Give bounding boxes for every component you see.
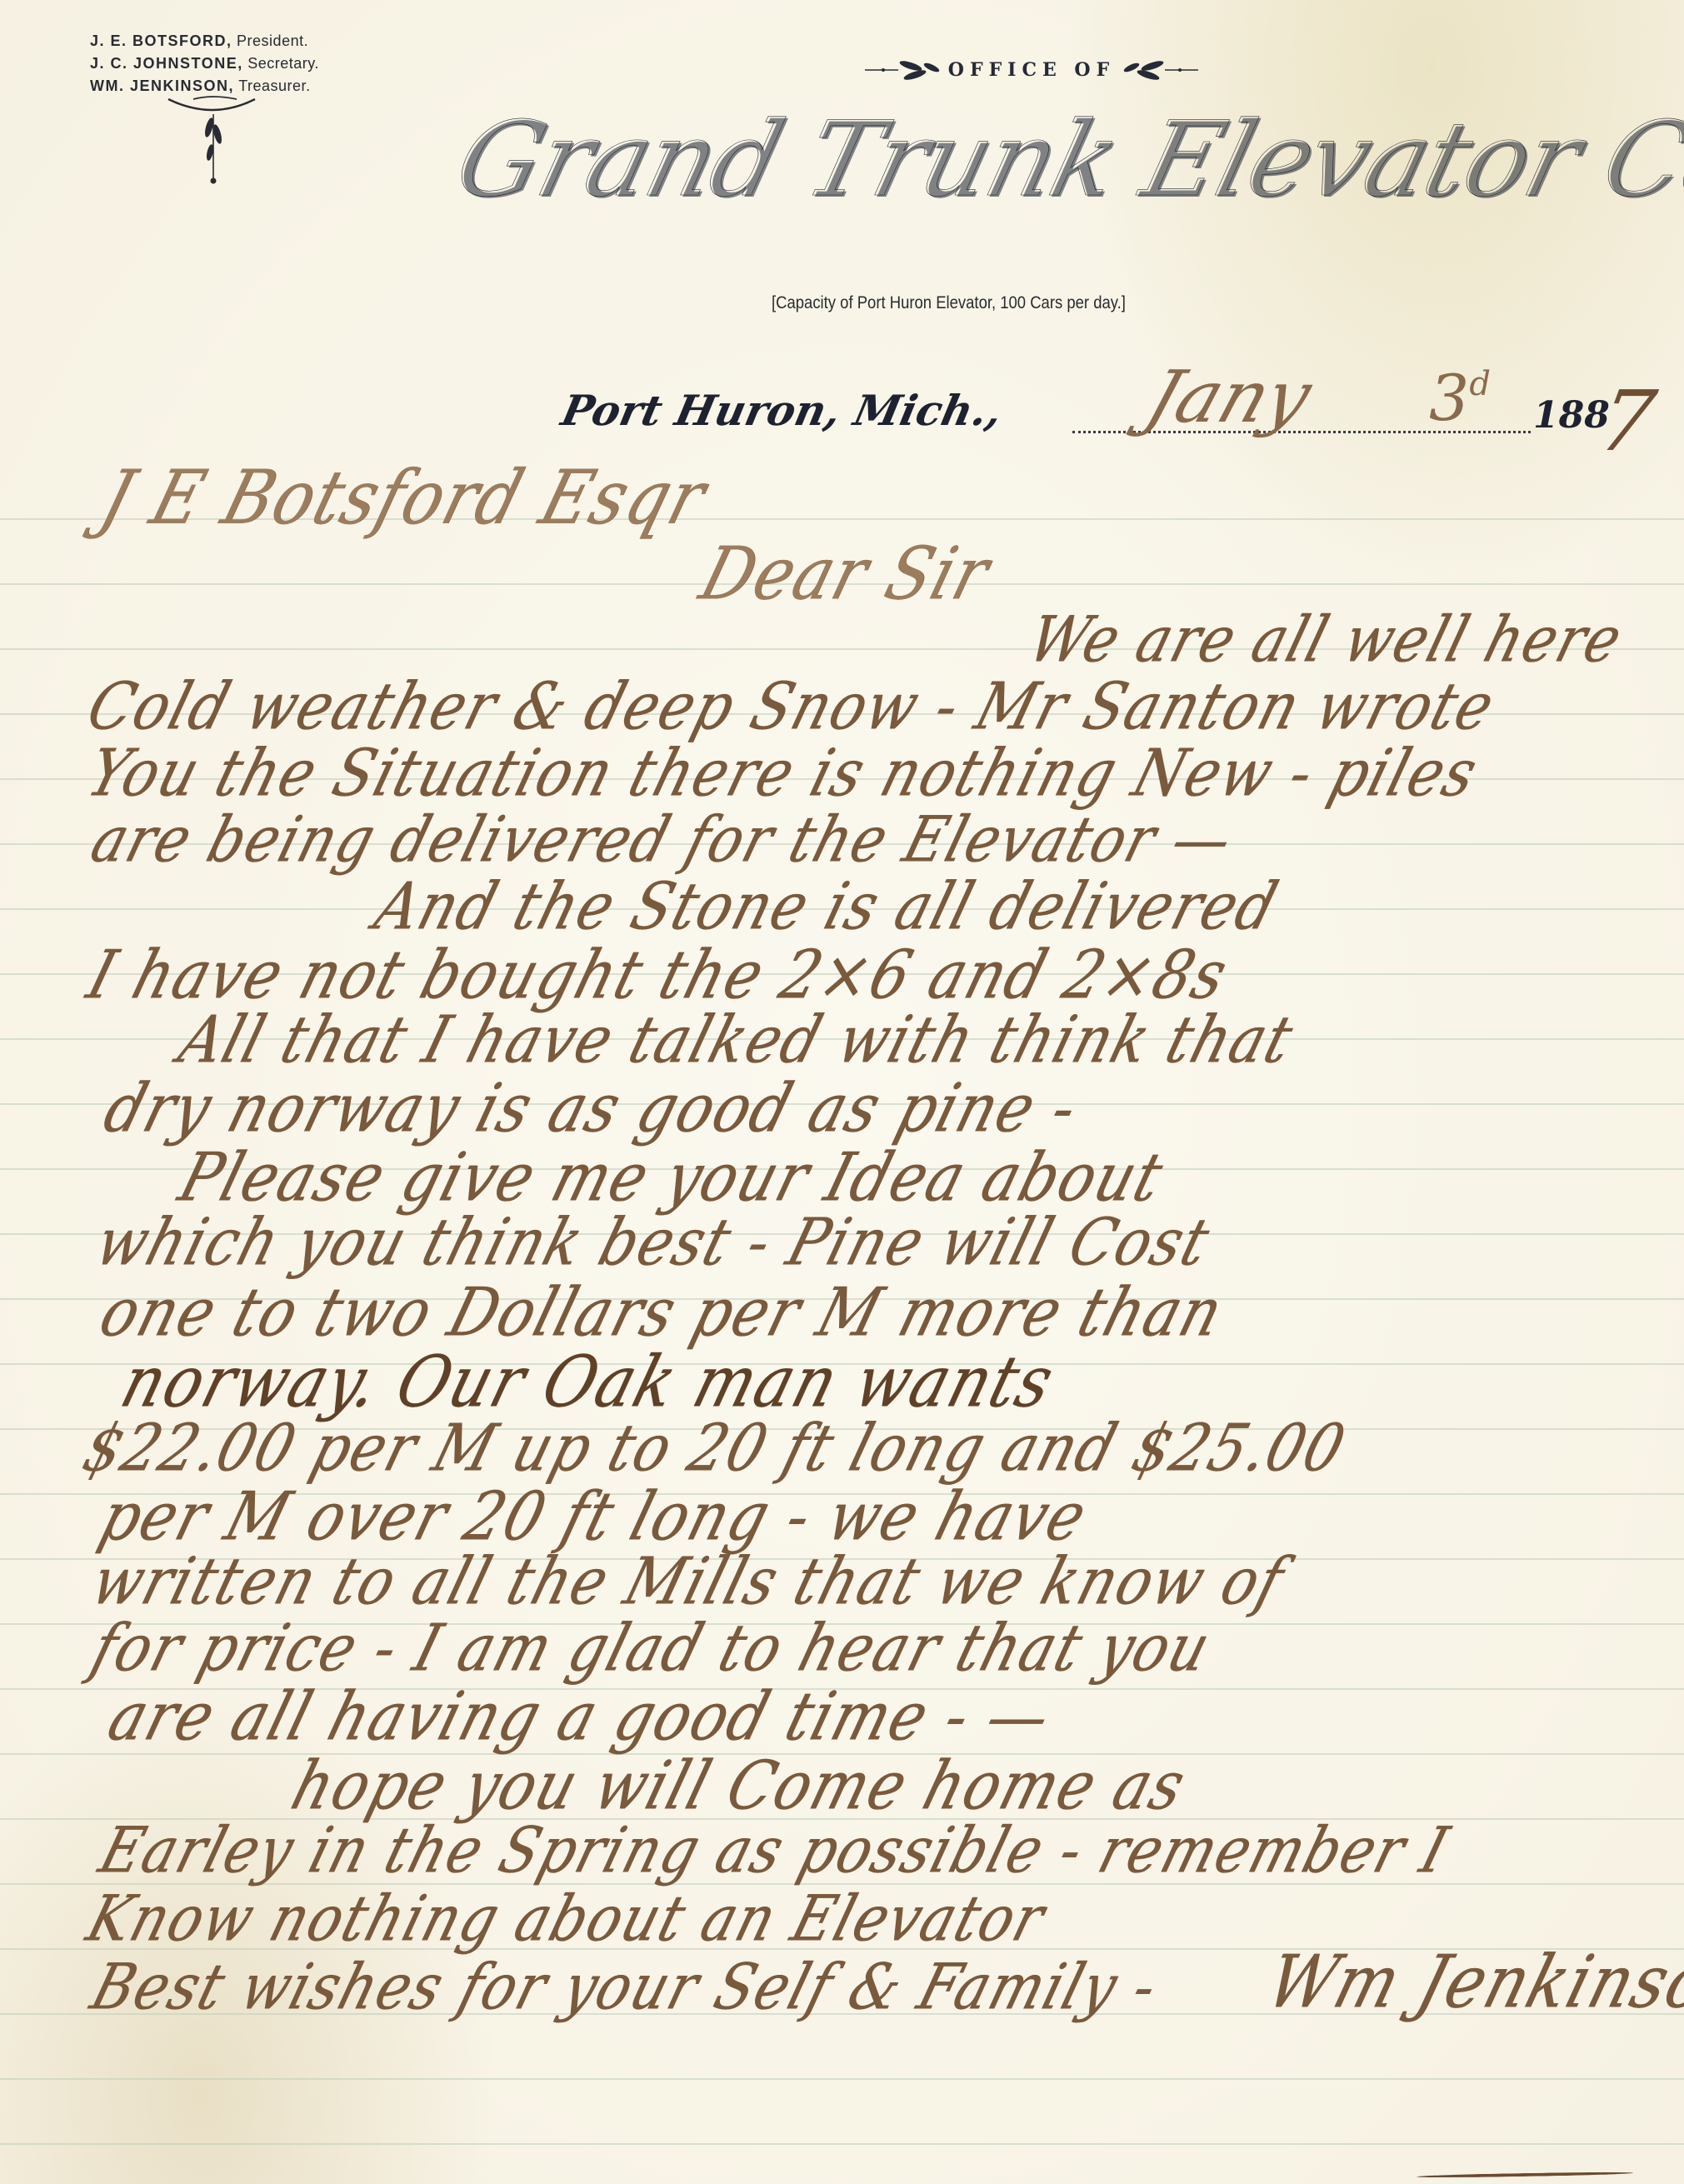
left-laurel-icon — [865, 57, 940, 82]
signature: Wm Jenkinson — [1258, 1939, 1684, 2024]
office-of-heading: OFFICE OF — [848, 53, 1215, 87]
right-laurel-icon — [1123, 57, 1198, 82]
body-line-7: All that I have talked with think that — [171, 1002, 1302, 1078]
signature-flourish — [1417, 2172, 1633, 2179]
body-line-16: for price - I am glad to hear that you — [83, 1611, 1219, 1687]
officer-treasurer: WM. JENKINSON, Treasurer. — [90, 75, 319, 97]
company-name: Grand Trunk Elevator Co. — [433, 100, 1658, 267]
body-line-10: which you think best - Pine will Cost — [87, 1205, 1218, 1281]
body-line-20: Know nothing about an Elevator — [79, 1882, 1054, 1956]
salutation: Dear Sir — [692, 531, 1000, 616]
officers-list: J. E. BOTSFORD, President. J. C. JOHNSTO… — [90, 30, 319, 97]
body-line-11: one to two Dollars per M more than — [92, 1273, 1232, 1352]
body-line-2: Cold weather & deep Snow - Mr Santon wro… — [79, 669, 1503, 745]
body-line-3: You the Situation there is nothing New -… — [79, 736, 1487, 812]
body-line-13: $22.00 per M up to 20 ft long and $25.00 — [75, 1411, 1354, 1487]
body-line-17: are all having a good time - — — [100, 1677, 1060, 1756]
body-line-21: Best wishes for your Self & Family - — [83, 1950, 1167, 2024]
capacity-note: [Capacity of Port Huron Elevator, 100 Ca… — [772, 293, 1126, 313]
handwritten-year-digit: 7 — [1592, 372, 1662, 470]
date-day: 3d — [1429, 361, 1491, 435]
body-line-19: Earley in the Spring as possible - remem… — [92, 1813, 1457, 1887]
body-line-5: And the Stone is all delivered — [367, 869, 1287, 945]
dateline: Port Huron, Mich., Jany 3d 188 7 — [562, 371, 1671, 471]
addressee: J E Botsford Esqr — [92, 456, 716, 542]
printed-place: Port Huron, Mich., — [557, 386, 1007, 435]
leaf-ornament-icon — [167, 96, 258, 187]
body-line-15: written to all the Mills that we know of — [83, 1544, 1292, 1620]
body-line-8: dry norway is as good as pine - — [96, 1069, 1087, 1147]
officer-secretary: J. C. JOHNSTONE, Secretary. — [90, 52, 319, 75]
body-line-4: are being delivered for the Elevator — — [83, 802, 1242, 877]
date-month: Jany — [1137, 356, 1322, 439]
body-line-1: We are all well here — [1021, 602, 1631, 677]
officer-president: J. E. BOTSFORD, President. — [90, 30, 319, 52]
